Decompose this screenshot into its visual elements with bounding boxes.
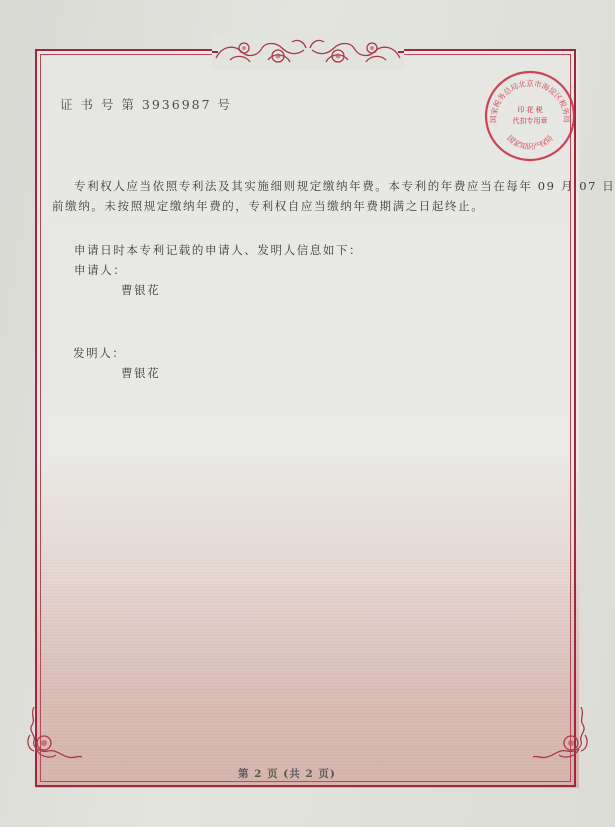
applicant-label: 申请人： [74, 262, 126, 278]
fee-notice-line-1: 专利权人应当依照专利法及其实施细则规定缴纳年费。本专利的年费应当在每年 09 月… [74, 178, 615, 194]
corner-ornament-bottom-left-icon [22, 705, 82, 765]
scroll-ornament-icon [212, 34, 404, 70]
tax-seal-stamp: 国家税务总局北京市海淀区税务局 印 花 税 代扣专用章 国家知识产权局 [482, 68, 578, 164]
info-intro: 申请日时本专利记载的申请人、发明人信息如下： [74, 242, 362, 258]
certificate-number: 证 书 号 第 3936987 号 [60, 95, 232, 113]
inventor-label: 发明人： [73, 345, 125, 361]
corner-ornament-bottom-right-icon [533, 705, 593, 765]
seal-bottom-text: 国家知识产权局 [505, 133, 554, 151]
fee-notice-line-2: 前缴纳。未按照规定缴纳年费的，专利权自应当缴纳年费期满之日起终止。 [52, 198, 484, 214]
certificate-page: 国家税务总局北京市海淀区税务局 印 花 税 代扣专用章 国家知识产权局 证 书 … [0, 0, 615, 827]
seal-center-line2: 代扣专用章 [513, 116, 548, 125]
inventor-name: 曹银花 [121, 365, 160, 381]
top-ornament [212, 34, 404, 70]
page-indicator: 第 2 页 (共 2 页) [238, 766, 336, 781]
seal-center-line1: 印 花 税 [517, 105, 542, 114]
applicant-name: 曹银花 [121, 282, 160, 298]
svg-text:国家知识产权局: 国家知识产权局 [505, 133, 554, 151]
